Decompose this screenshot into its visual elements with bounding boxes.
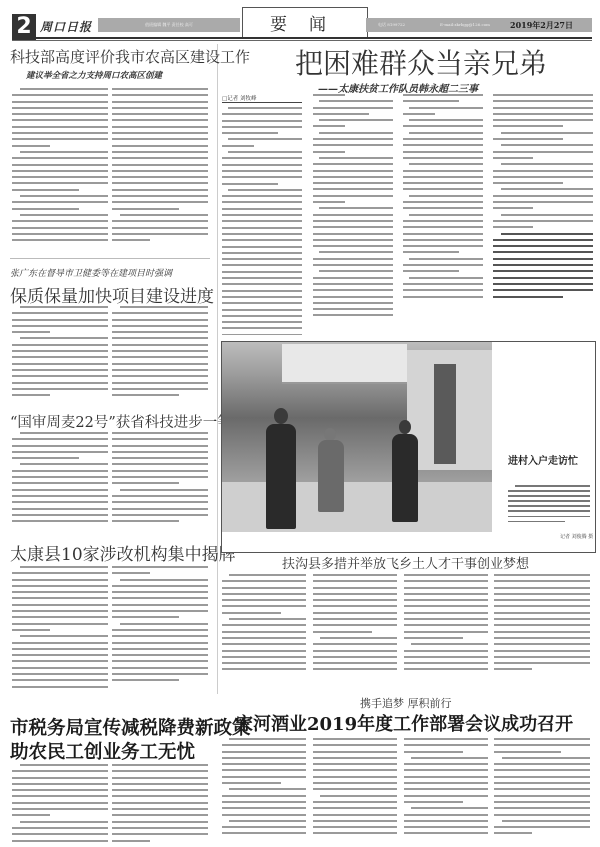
- person-center: [318, 440, 344, 512]
- article-body-col1: [12, 764, 108, 844]
- article-body-col2: [112, 306, 208, 406]
- editor-info-bar: 值班编辑 魏平 责任校 高可: [98, 18, 240, 32]
- article-body-col2: [313, 94, 393, 335]
- headline-poverty[interactable]: 把困难群众当亲兄弟: [295, 42, 547, 82]
- subhead-tech-ministry: 建议举全省之力支持周口农高区创建: [26, 69, 162, 81]
- headline-tech-ministry[interactable]: 科技部高度评价我市农高区建设工作: [10, 46, 250, 67]
- news-photo[interactable]: [222, 342, 492, 532]
- article-body-col1: [222, 107, 302, 335]
- article-body-col4: [493, 94, 593, 335]
- headline-taikang[interactable]: 太康县10家涉改机构集中揭牌: [10, 540, 236, 565]
- article-body-col3: [403, 94, 483, 335]
- headline-zhang[interactable]: 保质保量加快项目建设进度: [10, 282, 214, 307]
- photo-credit: 记者 刘俊腾 摄: [560, 533, 593, 540]
- article-body-col1: [12, 306, 108, 406]
- photo-door: [434, 364, 456, 464]
- headline-wheat-award[interactable]: “国审周麦22号”获省科技进步一等奖: [10, 411, 246, 432]
- article-separator: [10, 258, 210, 259]
- masthead-rule: [12, 37, 592, 39]
- article-body-col1: [12, 88, 108, 248]
- kicker-zhang: 张广东在督导市卫健委等在建项目时强调: [10, 266, 172, 279]
- masthead-rule-thin: [12, 40, 592, 41]
- byline-rule: [222, 102, 302, 103]
- column-divider: [217, 44, 218, 694]
- headline-fugou[interactable]: 扶沟县多措并举放飞乡土人才干事创业梦想: [282, 553, 529, 572]
- article-body-col2: [313, 574, 397, 682]
- headline-songhe[interactable]: 宋河酒业2019年度工作部署会议成功召开: [235, 710, 573, 736]
- photo-title: 进村入户走访忙: [508, 452, 578, 467]
- article-body-col2: [112, 88, 208, 248]
- photo-caption: [508, 485, 590, 526]
- paper-logo: 周口日报: [40, 18, 92, 35]
- email-address: E-mail:zkrbgg@126.com: [440, 18, 490, 32]
- subhead-poverty: ——太康扶贫工作队员韩永超二三事: [318, 80, 478, 95]
- issue-date: 2019年2月27日: [510, 18, 573, 32]
- article-body-col2: [112, 432, 208, 532]
- headline-tax-line1[interactable]: 市税务局宣传减税降费新政策: [10, 714, 251, 740]
- person-head: [274, 408, 288, 424]
- article-body-col2: [112, 764, 208, 844]
- person-right: [392, 434, 418, 522]
- article-body-col2: [313, 738, 397, 844]
- section-title: 要闻: [270, 10, 348, 35]
- article-body-col1: [12, 432, 108, 532]
- kicker-songhe: 携手追梦 厚积前行: [360, 695, 452, 711]
- article-body-col1: [222, 574, 306, 682]
- phone-number: 电话 8199722: [378, 18, 405, 32]
- photo-ground: [222, 482, 492, 532]
- article-body-col4: [494, 574, 590, 682]
- article-body-col2: [112, 566, 208, 696]
- photo-awning: [282, 344, 407, 384]
- article-body-col3: [404, 574, 488, 682]
- headline-tax-line2[interactable]: 助农民工创业务工无忧: [10, 738, 195, 764]
- article-body-col4: [494, 738, 590, 844]
- person-head: [399, 420, 411, 434]
- person-left: [266, 424, 296, 529]
- article-body-col1: [222, 738, 306, 844]
- byline-poverty: □记者 刘牧峰: [222, 94, 256, 102]
- article-body-col3: [404, 738, 488, 844]
- article-body-col1: [12, 566, 108, 696]
